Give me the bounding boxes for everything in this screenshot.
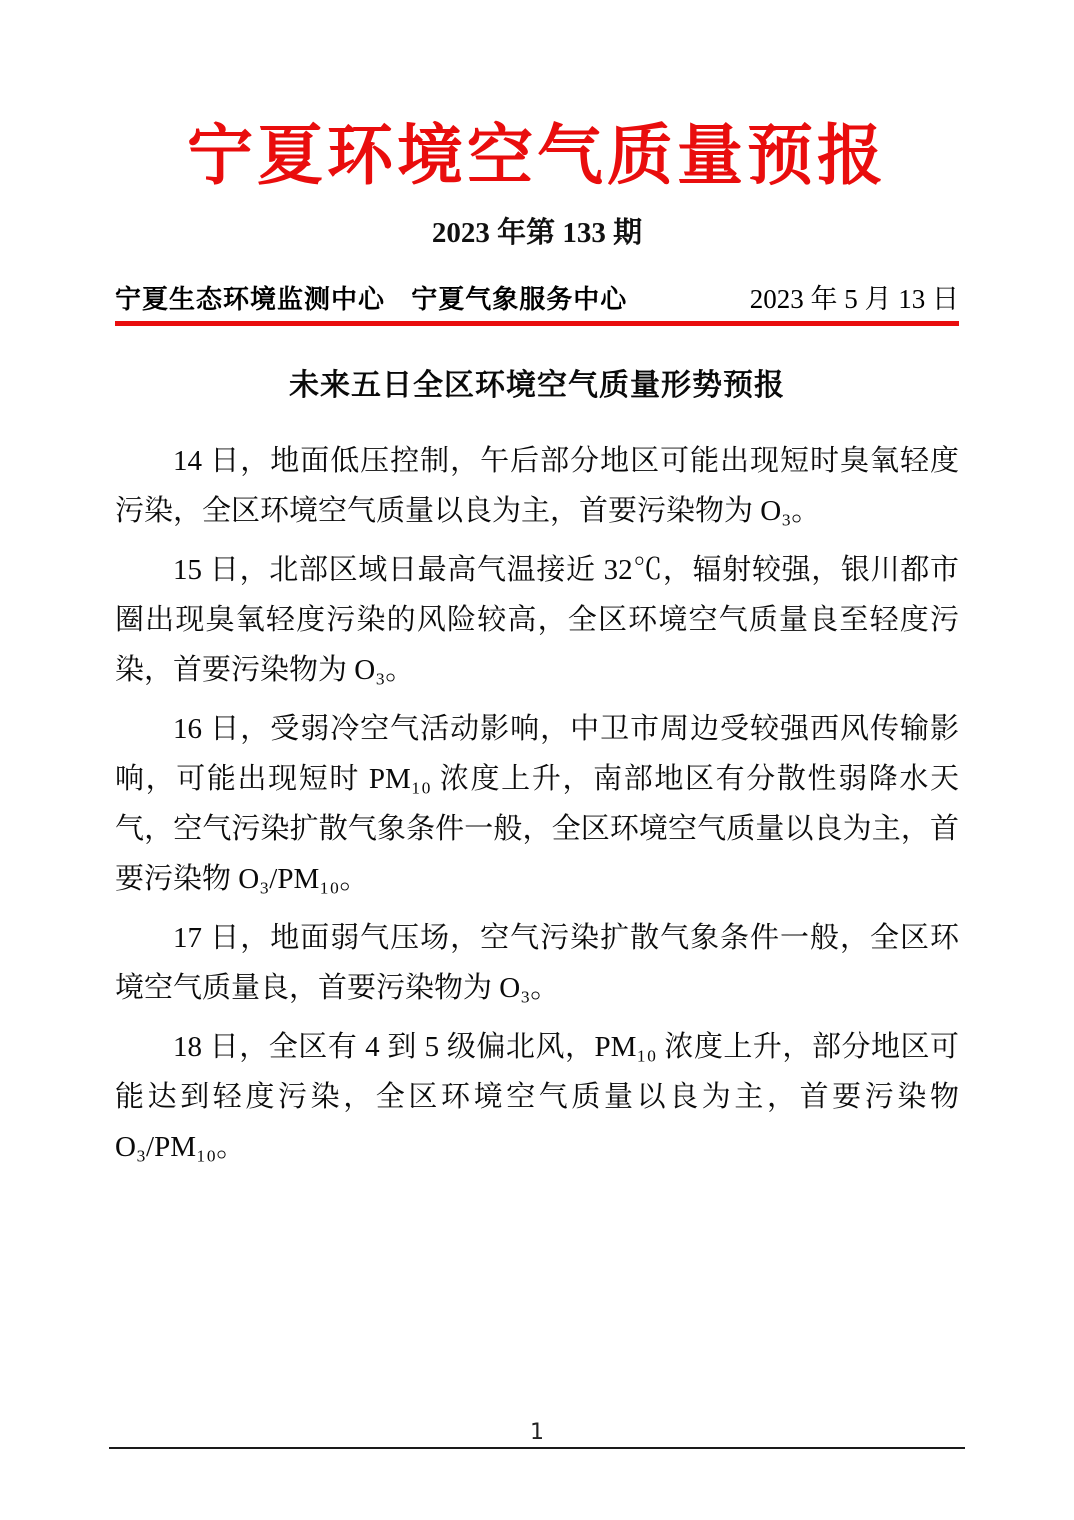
forecast-paragraph-day18: 18 日，全区有 4 到 5 级偏北风，PM₁₀ 浓度上升，部分地区可能达到轻度… xyxy=(115,1022,959,1172)
forecast-paragraph-day14: 14 日，地面低压控制，午后部分地区可能出现短时臭氧轻度污染，全区环境空气质量以… xyxy=(115,436,959,536)
forecast-paragraph-day17: 17 日，地面弱气压场，空气污染扩散气象条件一般，全区环境空气质量良，首要污染物… xyxy=(115,913,959,1013)
red-divider-line xyxy=(115,321,959,326)
document-page: 宁夏环境空气质量预报 2023 年第 133 期 宁夏生态环境监测中心 宁夏气象… xyxy=(0,0,1074,1520)
page-footer: 1 xyxy=(0,1420,1074,1449)
document-content: 宁夏环境空气质量预报 2023 年第 133 期 宁夏生态环境监测中心 宁夏气象… xyxy=(0,118,1074,1172)
masthead: 宁夏生态环境监测中心 宁夏气象服务中心 2023 年 5 月 13 日 xyxy=(115,277,959,316)
issuing-organizations: 宁夏生态环境监测中心 宁夏气象服务中心 xyxy=(115,279,627,316)
document-title: 宁夏环境空气质量预报 xyxy=(115,118,959,196)
issue-date: 2023 年 5 月 13 日 xyxy=(750,277,959,316)
issue-number: 2023 年第 133 期 xyxy=(115,210,959,251)
footer-line: 1 xyxy=(109,1420,965,1449)
forecast-body: 14 日，地面低压控制，午后部分地区可能出现短时臭氧轻度污染，全区环境空气质量以… xyxy=(115,436,959,1172)
org-name-environment-center: 宁夏生态环境监测中心 xyxy=(115,284,385,314)
page-number: 1 xyxy=(530,1420,544,1445)
forecast-paragraph-day15: 15 日，北部区域日最高气温接近 32℃，辐射较强，银川都市圈出现臭氧轻度污染的… xyxy=(115,545,959,695)
section-heading: 未来五日全区环境空气质量形势预报 xyxy=(115,360,959,404)
forecast-paragraph-day16: 16 日，受弱冷空气活动影响，中卫市周边受较强西风传输影响，可能出现短时 PM₁… xyxy=(115,704,959,904)
org-name-meteorological-center: 宁夏气象服务中心 xyxy=(411,284,627,314)
